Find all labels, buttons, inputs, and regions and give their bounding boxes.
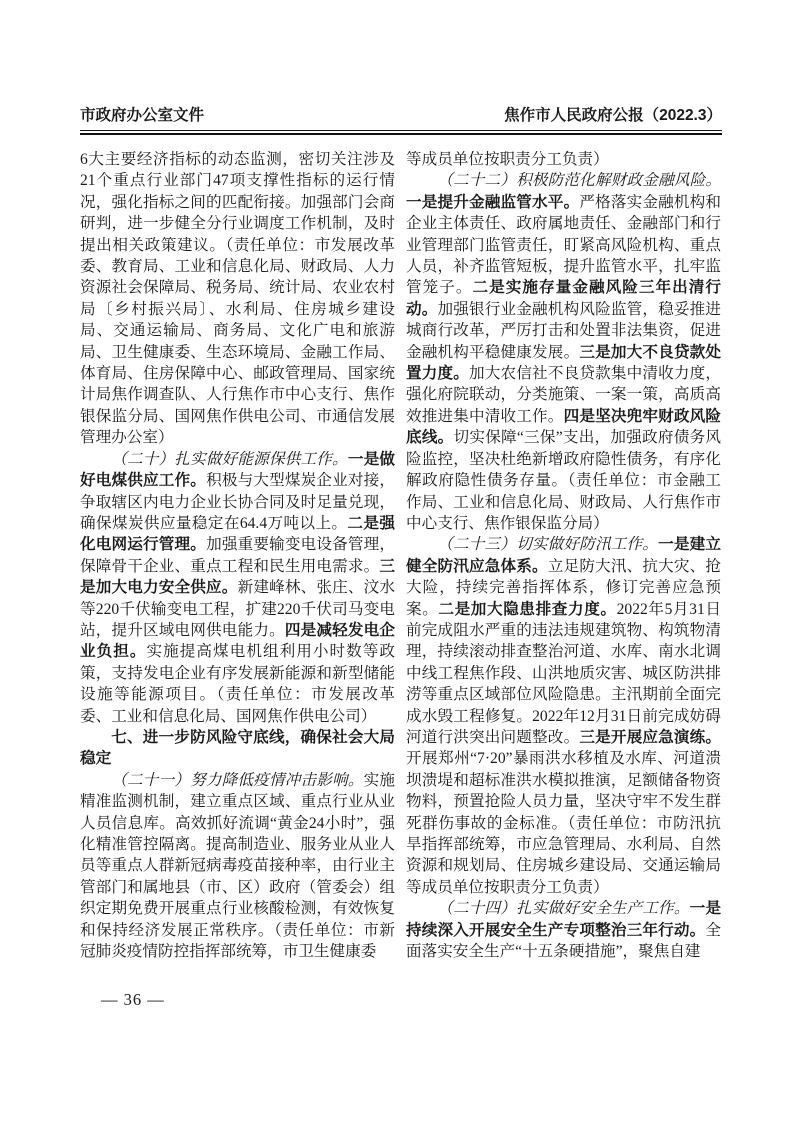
gazette-page: 市政府办公室文件 焦作市人民政府公报（2022.3） 6大主要经济指标的动态监测… xyxy=(0,0,793,1122)
paragraph: （二十一）努力降低疫情冲击影响。实施精准监测机制，建立重点区域、重点行业从业人员… xyxy=(80,770,395,963)
header-rule xyxy=(80,130,722,135)
text-run-normal: 6大主要经济指标的动态监测，密切关注涉及21个重点行业部门47项支撑性指标的运行… xyxy=(80,151,395,446)
page-header: 市政府办公室文件 焦作市人民政府公报（2022.3） xyxy=(80,106,722,126)
text-run-normal: 开展郑州“7·20”暴雨洪水移植及水库、河道溃坝溃堤和超标准洪水模拟推演，足额储… xyxy=(406,750,721,895)
page-footer: — 36 — xyxy=(80,990,722,1010)
paragraph: （二十二）积极防范化解财政金融风险。一是提升金融监管水平。严格落实金融机构和企业… xyxy=(406,170,721,534)
text-run-bold: 七、进一步防风险守底线，确保社会大局稳定 xyxy=(80,729,395,767)
header-right-title: 焦作市人民政府公报（2022.3） xyxy=(504,106,722,126)
text-run-normal: 切实保障“三保”支出，加强政府债务风险监控，坚决杜绝新增政府隐性债务，有序化解政… xyxy=(406,429,721,532)
page-number: — 36 — xyxy=(101,990,165,1009)
text-run-bold: 三是开展应急演练。 xyxy=(579,729,721,746)
text-run-kai: （二十四）扎实做好安全生产工作。 xyxy=(437,900,689,917)
paragraph: （二十四）扎实做好安全生产工作。一是持续深入开展安全生产专项整治三年行动。全面落… xyxy=(406,898,721,962)
left-column: 6大主要经济指标的动态监测，密切关注涉及21个重点行业部门47项支撑性指标的运行… xyxy=(80,149,395,962)
text-run-bold: 一是提升金融监管水平。 xyxy=(406,194,579,211)
right-column: 等成员单位按职责分工负责）（二十二）积极防范化解财政金融风险。一是提升金融监管水… xyxy=(406,149,721,962)
header-left-title: 市政府办公室文件 xyxy=(80,106,204,126)
text-run-kai: （二十二）积极防范化解财政金融风险。 xyxy=(437,172,721,189)
text-run-kai: （二十三）切实做好防汛工作。 xyxy=(437,536,658,553)
text-run-normal: 实施精准监测机制，建立重点区域、重点行业从业人员信息库。高效抓好流调“黄金24小… xyxy=(80,772,395,960)
text-run-kai: （二十）扎实做好能源保供工作。 xyxy=(111,451,348,468)
text-run-normal: 等成员单位按职责分工负责） xyxy=(406,151,609,168)
paragraph: 6大主要经济指标的动态监测，密切关注涉及21个重点行业部门47项支撑性指标的运行… xyxy=(80,149,395,449)
text-run-kai: （二十一）努力降低疫情冲击影响。 xyxy=(111,772,363,789)
section-heading: 七、进一步防风险守底线，确保社会大局稳定 xyxy=(80,727,395,770)
paragraph: （二十三）切实做好防汛工作。一是建立健全防汛应急体系。立足防大汛、抗大灾、抢大险… xyxy=(406,534,721,898)
paragraph: （二十）扎实做好能源保供工作。一是做好电煤供应工作。积极与大型煤炭企业对接，争取… xyxy=(80,449,395,727)
two-column-body: 6大主要经济指标的动态监测，密切关注涉及21个重点行业部门47项支撑性指标的运行… xyxy=(80,149,722,962)
text-run-normal: 2022年5月31日前完成阻水严重的违法违规建筑物、构筑物清理，持续滚动排查整治… xyxy=(406,601,721,746)
text-run-bold: 二是加大隐患排查力度。 xyxy=(438,601,616,618)
paragraph: 等成员单位按职责分工负责） xyxy=(406,149,721,170)
